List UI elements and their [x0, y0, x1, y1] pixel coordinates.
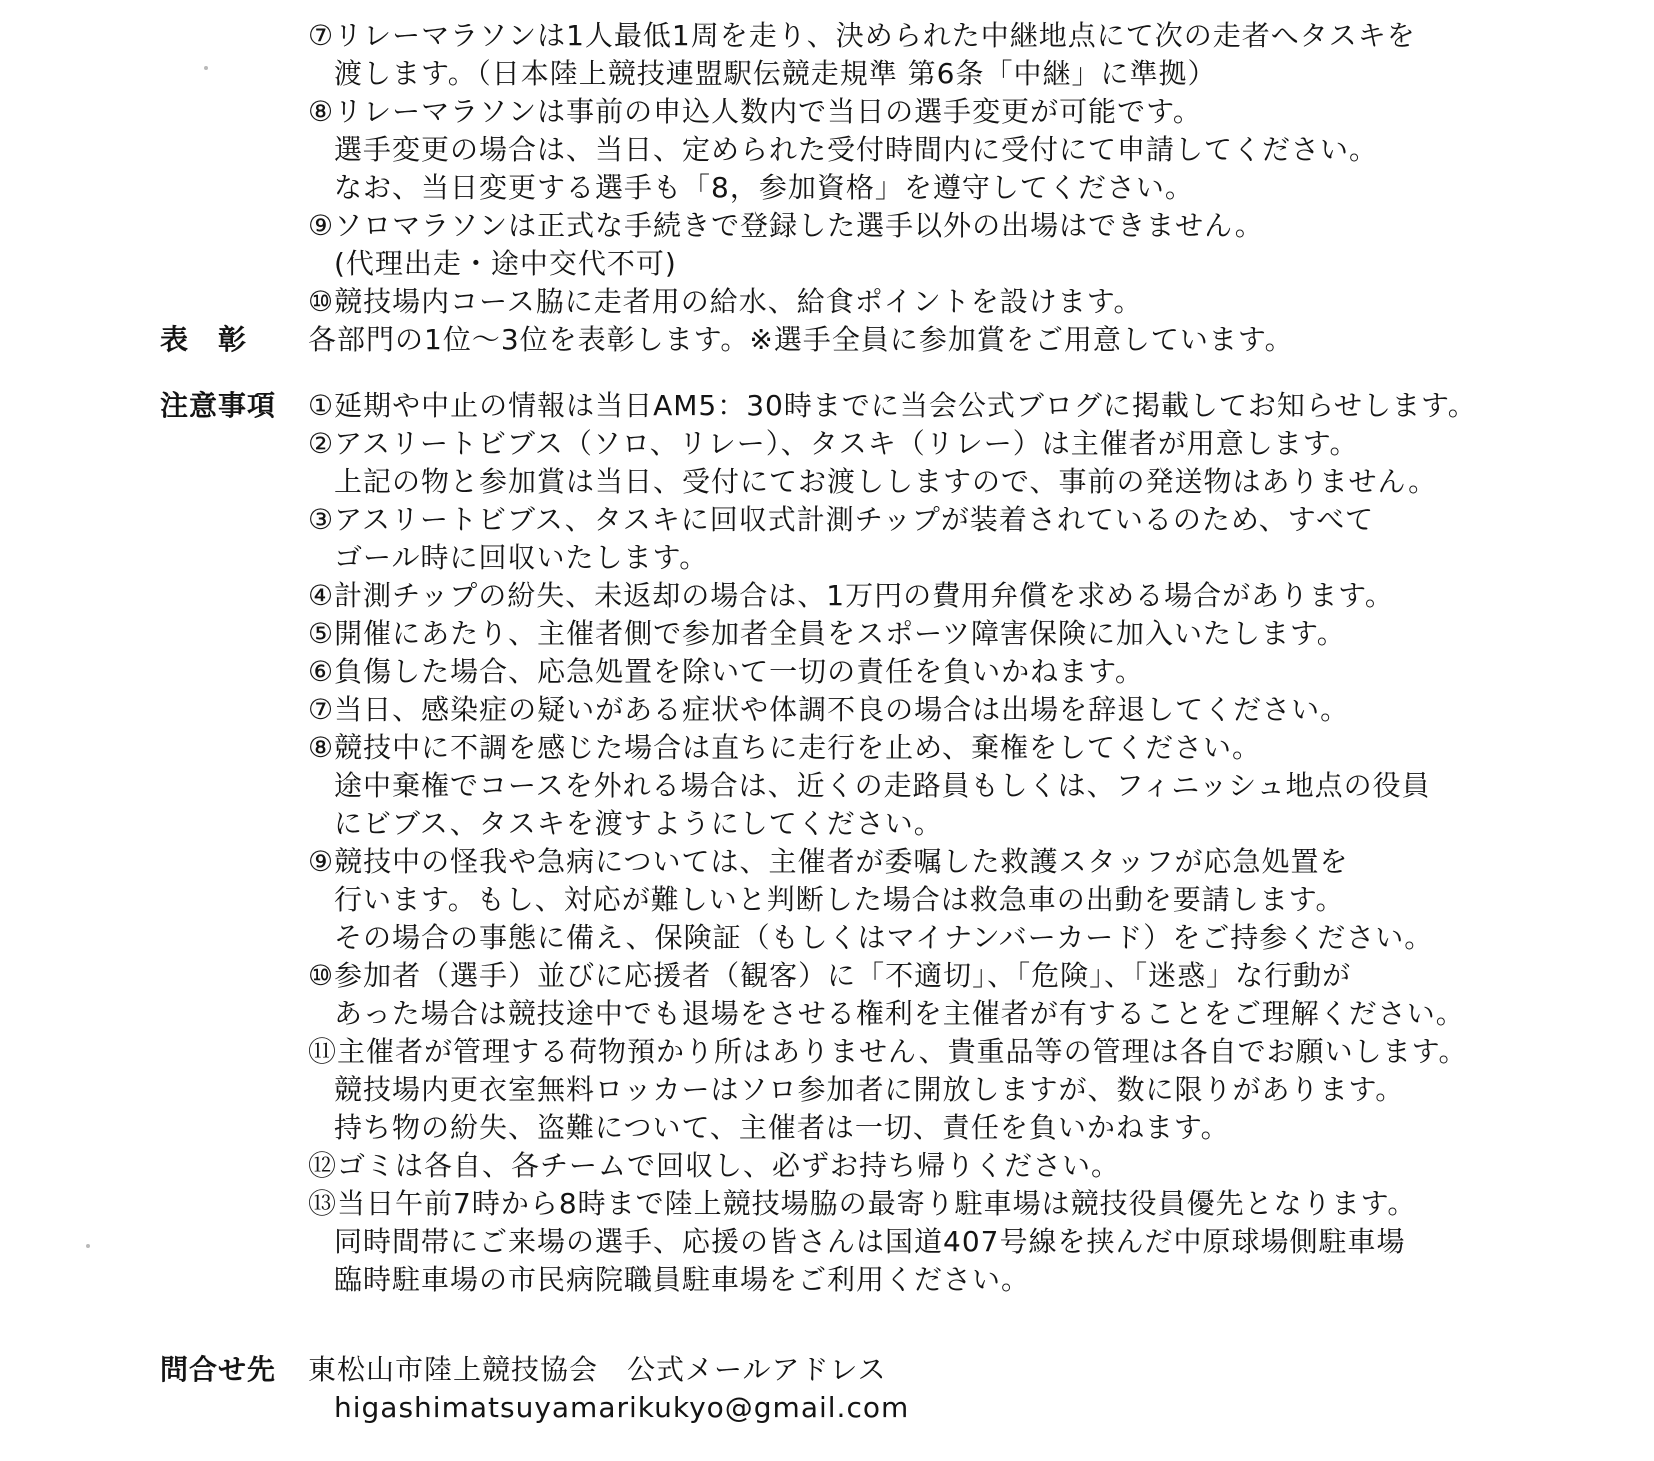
section-label-notes: 注意事項	[160, 387, 276, 425]
notes-line-6: ④計測チップの紛失、未返却の場合は、1万円の費用弁償を求める場合があります。	[308, 577, 1654, 615]
notes-line-22: ⑬当日午前7時から8時まで陸上競技場脇の最寄り駐車場は競技役員優先となります。	[308, 1185, 1654, 1223]
contact-line-2: higashimatsuyamarikukyo@gmail.com	[308, 1389, 1654, 1427]
notes-line-23: 同時間帯にご来場の選手、応援の皆さんは国道407号線を挟んだ中原球場側駐車場	[308, 1223, 1654, 1261]
section-notes: 注意事項①延期や中止の情報は当日AM5：30時までに当会公式ブログに掲載してお知…	[0, 387, 1654, 1299]
section-rules-continued: ⑦リレーマラソンは1人最低1周を走り、決められた中継地点にて次の走者へタスキを渡…	[0, 17, 1654, 321]
document: ⑦リレーマラソンは1人最低1周を走り、決められた中継地点にて次の走者へタスキを渡…	[0, 0, 1654, 1461]
rules-continued-line-2: 渡します。（日本陸上競技連盟駅伝競走規準 第6条「中継」に準拠）	[308, 55, 1654, 93]
rules-continued-line-6: ⑨ソロマラソンは正式な手続きで登録した選手以外の出場はできません。	[308, 207, 1654, 245]
notes-line-4: ③アスリートビブス、タスキに回収式計測チップが装着されているのため、すべて	[308, 501, 1654, 539]
notes-line-19: 競技場内更衣室無料ロッカーはソロ参加者に開放しますが、数に限りがあります。	[308, 1071, 1654, 1109]
section-label-awards: 表 彰	[160, 321, 247, 359]
notes-line-12: にビブス、タスキを渡すようにしてください。	[308, 805, 1654, 843]
notes-line-24: 臨時駐車場の市民病院職員駐車場をご利用ください。	[308, 1261, 1654, 1299]
notes-line-8: ⑥負傷した場合、応急処置を除いて一切の責任を負いかねます。	[308, 653, 1654, 691]
notes-line-9: ⑦当日、感染症の疑いがある症状や体調不良の場合は出場を辞退してください。	[308, 691, 1654, 729]
notes-line-13: ⑨競技中の怪我や急病については、主催者が委嘱した救護スタッフが応急処置を	[308, 843, 1654, 881]
awards-line-1: 各部門の1位～3位を表彰します。※選手全員に参加賞をご用意しています。	[308, 321, 1654, 359]
section-label-contact: 問合せ先	[160, 1351, 276, 1389]
rules-continued-line-7: (代理出走・途中交代不可)	[308, 245, 1654, 283]
notes-line-7: ⑤開催にあたり、主催者側で参加者全員をスポーツ障害保険に加入いたします。	[308, 615, 1654, 653]
rules-continued-line-5: なお、当日変更する選手も「8，参加資格」を遵守してください。	[308, 169, 1654, 207]
notes-line-10: ⑧競技中に不調を感じた場合は直ちに走行を止め、棄権をしてください。	[308, 729, 1654, 767]
rules-continued-line-4: 選手変更の場合は、当日、定められた受付時間内に受付にて申請してください。	[308, 131, 1654, 169]
notes-line-3: 上記の物と参加賞は当日、受付にてお渡ししますので、事前の発送物はありません。	[308, 463, 1654, 501]
rules-continued-line-8: ⑩競技場内コース脇に走者用の給水、給食ポイントを設けます。	[308, 283, 1654, 321]
notes-line-14: 行います。もし、対応が難しいと判断した場合は救急車の出動を要請します。	[308, 881, 1654, 919]
notes-line-21: ⑫ゴミは各自、各チームで回収し、必ずお持ち帰りください。	[308, 1147, 1654, 1185]
notes-line-5: ゴール時に回収いたします。	[308, 539, 1654, 577]
notes-line-15: その場合の事態に備え、保険証（もしくはマイナンバーカード）をご持参ください。	[308, 919, 1654, 957]
notes-line-20: 持ち物の紛失、盗難について、主催者は一切、責任を負いかねます。	[308, 1109, 1654, 1147]
notes-line-16: ⑩参加者（選手）並びに応援者（観客）に「不適切」、「危険」、「迷惑」な行動が	[308, 957, 1654, 995]
section-contact: 問合せ先東松山市陸上競技協会 公式メールアドレスhigashimatsuyama…	[0, 1351, 1654, 1427]
notes-line-1: ①延期や中止の情報は当日AM5：30時までに当会公式ブログに掲載してお知らせしま…	[308, 387, 1654, 425]
notes-line-17: あった場合は競技途中でも退場をさせる権利を主催者が有することをご理解ください。	[308, 995, 1654, 1033]
section-awards: 表 彰各部門の1位～3位を表彰します。※選手全員に参加賞をご用意しています。	[0, 321, 1654, 359]
notes-line-2: ②アスリートビブス（ソロ、リレー）、タスキ（リレー）は主催者が用意します。	[308, 425, 1654, 463]
contact-line-1: 東松山市陸上競技協会 公式メールアドレス	[308, 1351, 1654, 1389]
notes-line-18: ⑪主催者が管理する荷物預かり所はありません、貴重品等の管理は各自でお願いします。	[308, 1033, 1654, 1071]
notes-line-11: 途中棄権でコースを外れる場合は、近くの走路員もしくは、フィニッシュ地点の役員	[308, 767, 1654, 805]
rules-continued-line-3: ⑧リレーマラソンは事前の申込人数内で当日の選手変更が可能です。	[308, 93, 1654, 131]
rules-continued-line-1: ⑦リレーマラソンは1人最低1周を走り、決められた中継地点にて次の走者へタスキを	[308, 17, 1654, 55]
